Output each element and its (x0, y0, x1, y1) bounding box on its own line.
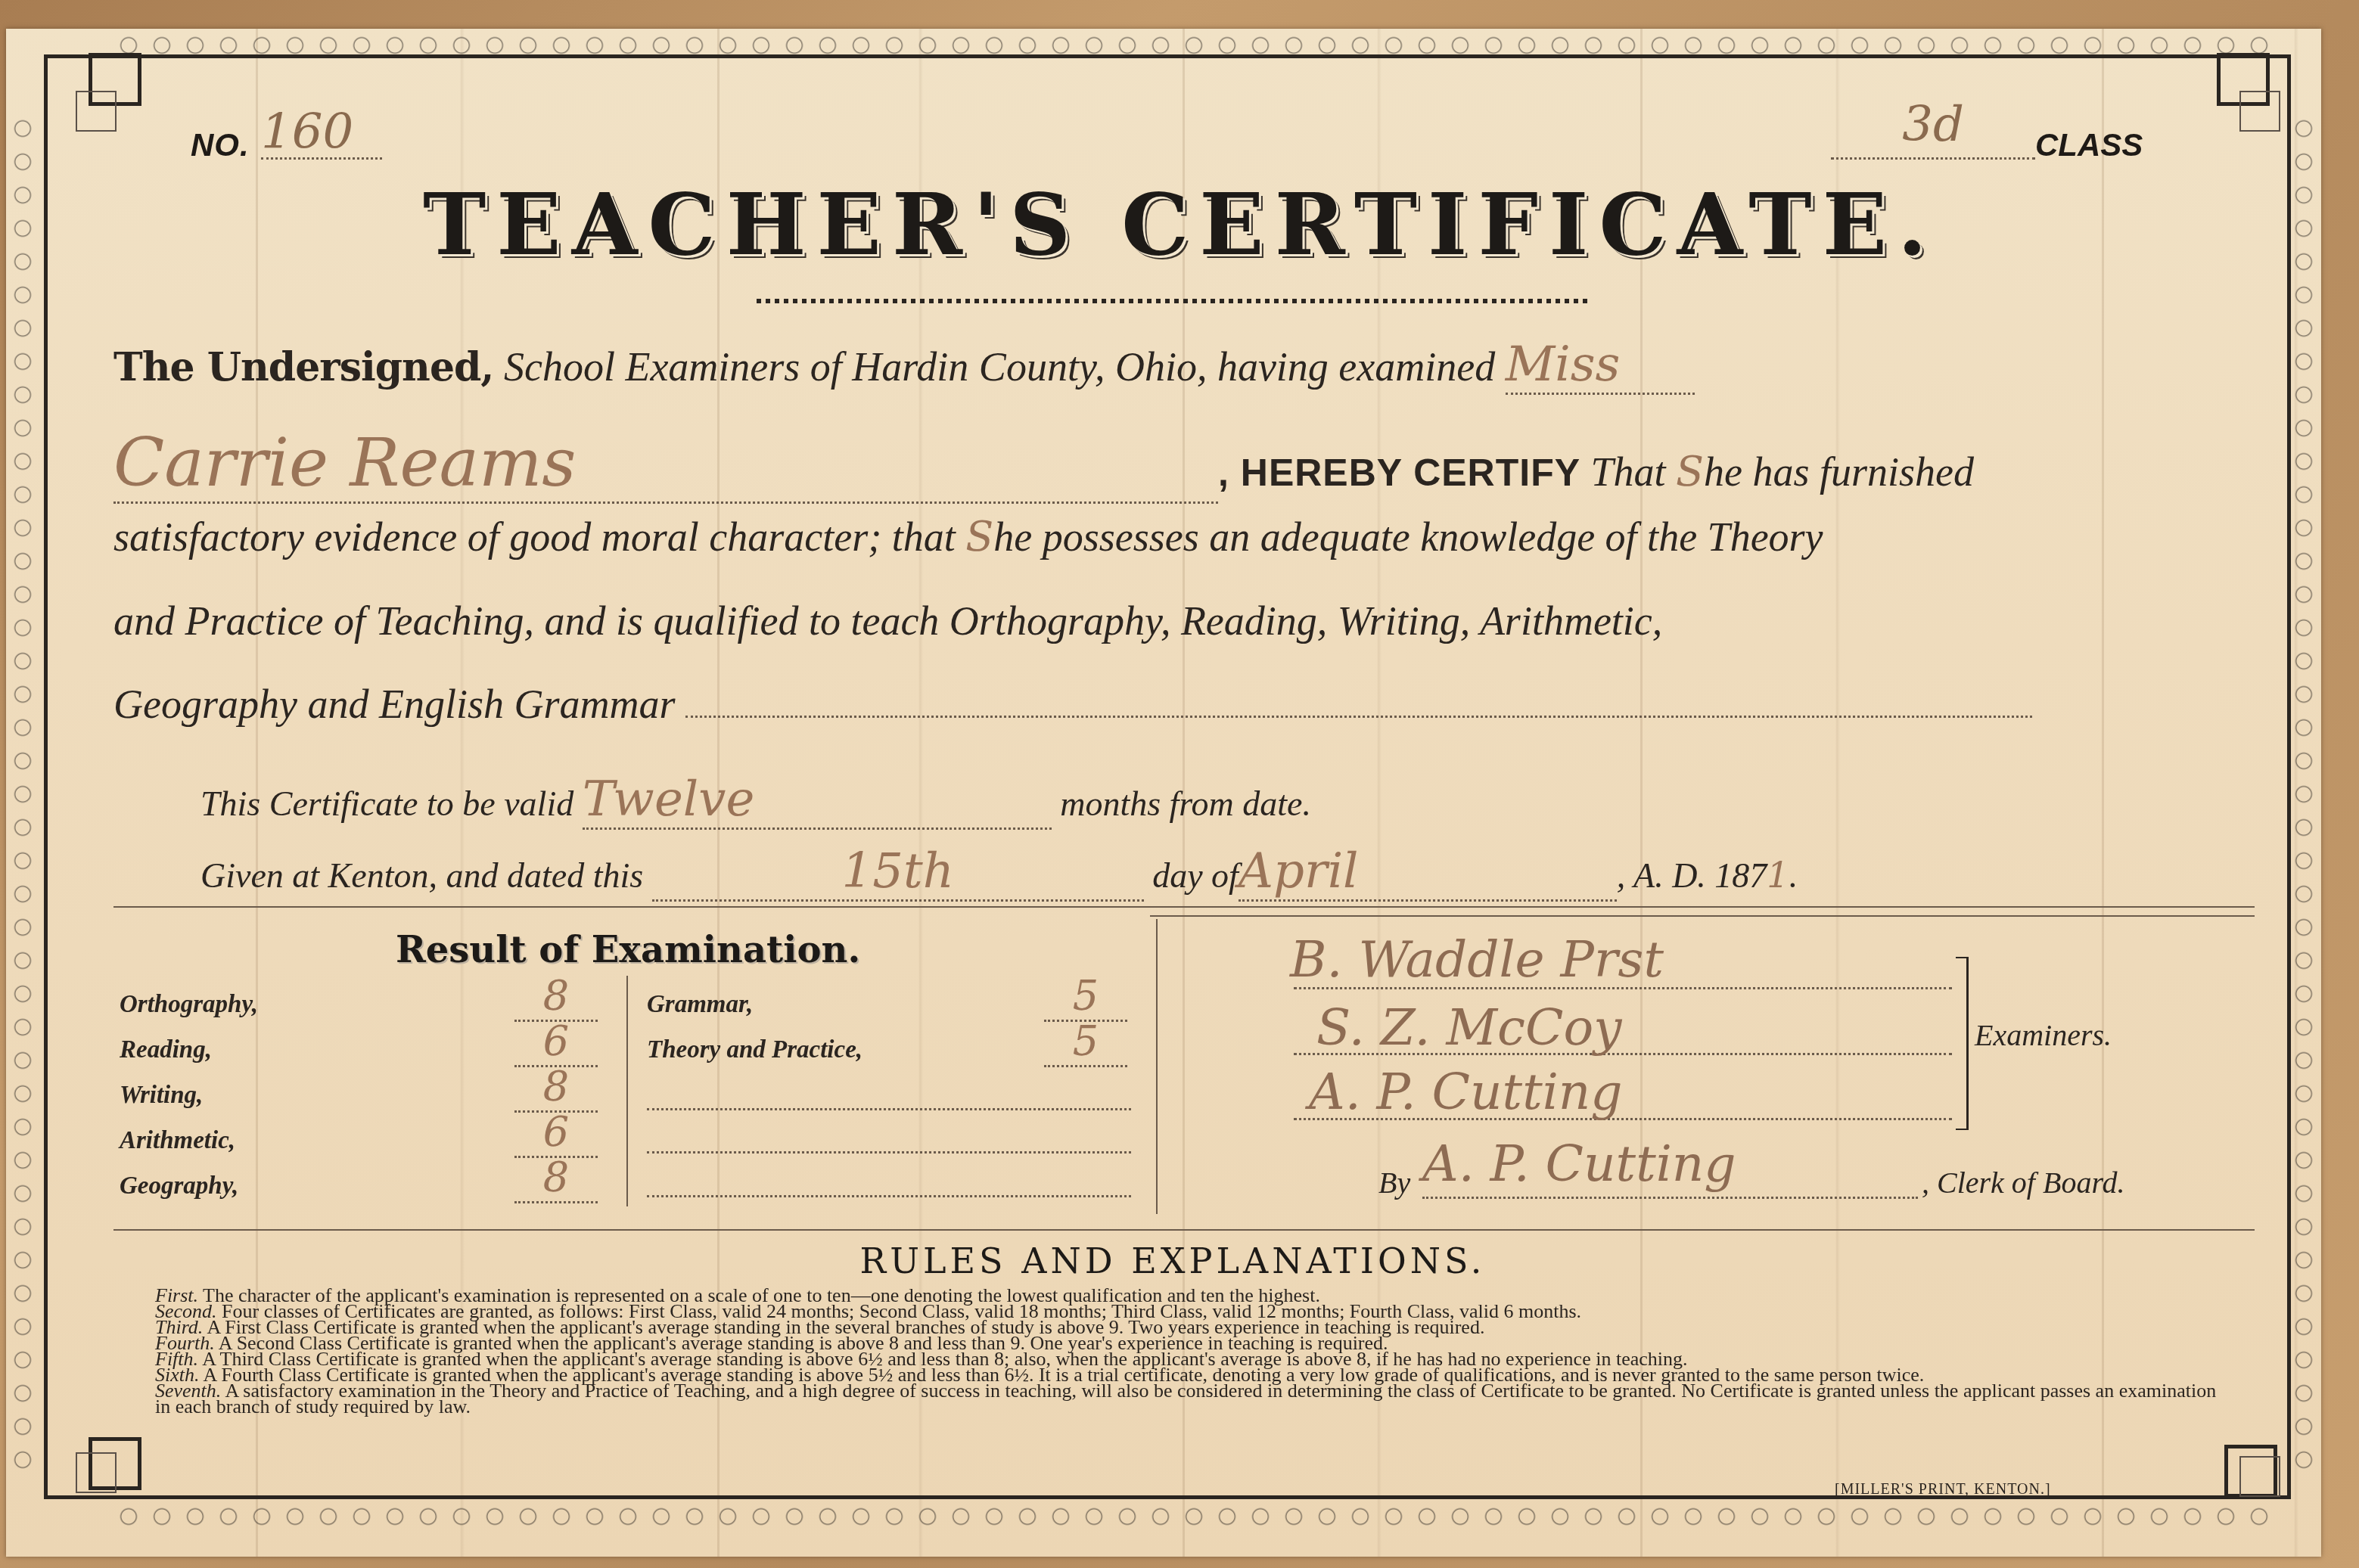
body-line-2: Carrie Reams, HEREBY CERTIFY That She ha… (113, 424, 2262, 504)
validity-months-field: Twelve (583, 772, 1052, 830)
clerk-signature: A. P. Cutting (1422, 1135, 1736, 1193)
blank-subject-line (647, 1108, 1131, 1110)
score-grammar: 5 (1044, 976, 1127, 1022)
subject-label: Theory and Practice, (647, 1036, 862, 1064)
honorific-field: Miss (1506, 337, 1695, 395)
pronoun-fill: S (965, 513, 993, 560)
examiner-signature-3: A. P. Cutting (1309, 1063, 1623, 1121)
examiners-label: Examiners. (1975, 1017, 2112, 1053)
body-line-1: The Undersigned, School Examiners of Har… (113, 337, 2262, 395)
examiner-signature-1: B. Waddle Prst (1290, 930, 1664, 989)
certificate-number-value: 160 (261, 104, 382, 160)
results-column-divider (626, 976, 628, 1206)
date-month-field: April (1239, 843, 1617, 902)
pronoun-fill: S (1676, 448, 1704, 495)
certificate-class-label: CLASS (2035, 127, 2143, 163)
date-line: Given at Kenton, and dated this 15th day… (200, 843, 2349, 902)
date-prefix: Given at Kenton, and dated this (200, 856, 643, 895)
examiners-brace (1956, 957, 1969, 1130)
score-writing: 8 (514, 1067, 598, 1113)
subject-label: Writing, (120, 1082, 203, 1110)
blank-subject-line (647, 1195, 1131, 1197)
clerk-signature-line (1422, 1197, 1918, 1199)
validity-prefix: This Certificate to be valid (200, 784, 573, 823)
applicant-name-field: Carrie Reams (113, 424, 1218, 504)
subject-label: Reading, (120, 1036, 212, 1064)
score-geography: 8 (514, 1157, 598, 1203)
corner-ornament-top-right (2239, 53, 2323, 136)
printer-imprint: [MILLER'S PRINT, KENTON.] (1835, 1481, 2051, 1498)
hereby-certify-text: , HEREBY CERTIFY (1218, 452, 1580, 494)
ornamental-scroll-left (8, 113, 45, 1475)
rule-item: Seventh. A satisfactory examination in t… (155, 1383, 2221, 1414)
results-title: Result of Examination. (303, 929, 953, 971)
rule-text: A satisfactory examination in the Theory… (155, 1380, 2216, 1417)
year-prefix: , A. D. 187 (1617, 856, 1767, 895)
score-orthography: 8 (514, 976, 598, 1022)
clerk-of-board-label: , Clerk of Board. (1922, 1165, 2125, 1200)
rules-title: RULES AND EXPLANATIONS. (530, 1240, 1816, 1281)
certificate-title: TEACHER'S CERTIFICATE. (348, 175, 2012, 275)
certificate-number-label: NO. (191, 127, 250, 163)
date-day-field: 15th (652, 843, 1144, 902)
examiners-text: School Examiners of Hardin County, Ohio,… (504, 344, 1495, 390)
validity-suffix: months from date. (1060, 784, 1311, 823)
section-divider (113, 906, 2255, 908)
subject-label: Geography, (120, 1172, 238, 1200)
that-text: That (1591, 449, 1666, 495)
score-arithmetic: 6 (514, 1112, 598, 1158)
section-divider (1150, 915, 2255, 917)
subject-label: Grammar, (647, 991, 753, 1019)
corner-ornament-top-left (34, 53, 117, 136)
body-line-4: and Practice of Teaching, and is qualifi… (113, 598, 2262, 644)
section-divider (113, 1229, 2255, 1231)
subjects-text: Geography and English Grammar (113, 682, 675, 727)
title-underline-rule (757, 299, 1589, 303)
by-label: By (1378, 1165, 1410, 1200)
year-suffix: . (1789, 856, 1798, 895)
rules-list: First. The character of the applicant's … (155, 1287, 2221, 1414)
day-of-text: day of (1152, 856, 1239, 895)
corner-ornament-bottom-right (2224, 1437, 2308, 1520)
subject-label: Arithmetic, (120, 1127, 235, 1155)
body-line-5: Geography and English Grammar (113, 681, 2262, 728)
has-furnished-text: he has furnished (1704, 449, 1974, 495)
moral-character-text: satisfactory evidence of good moral char… (113, 514, 956, 560)
subjects-blank-line (685, 716, 2032, 718)
body-line-3: satisfactory evidence of good moral char… (113, 513, 2262, 560)
results-right-divider (1156, 919, 1158, 1214)
certificate-class-value: 3d (1831, 97, 2035, 160)
subject-label: Orthography, (120, 991, 258, 1019)
score-reading: 6 (514, 1021, 598, 1067)
score-theory-practice: 5 (1044, 1021, 1127, 1067)
knowledge-text: he possesses an adequate knowledge of th… (993, 514, 1823, 560)
validity-line: This Certificate to be valid Twelve mont… (200, 772, 2349, 830)
blank-subject-line (647, 1151, 1131, 1153)
corner-ornament-bottom-left (34, 1437, 117, 1520)
year-digit-field: 1 (1767, 855, 1789, 896)
examiner-signature-2: S. Z. McCoy (1316, 998, 1622, 1057)
the-undersigned-text: The Undersigned, (113, 344, 493, 390)
ornamental-scroll-bottom (113, 1501, 2270, 1539)
